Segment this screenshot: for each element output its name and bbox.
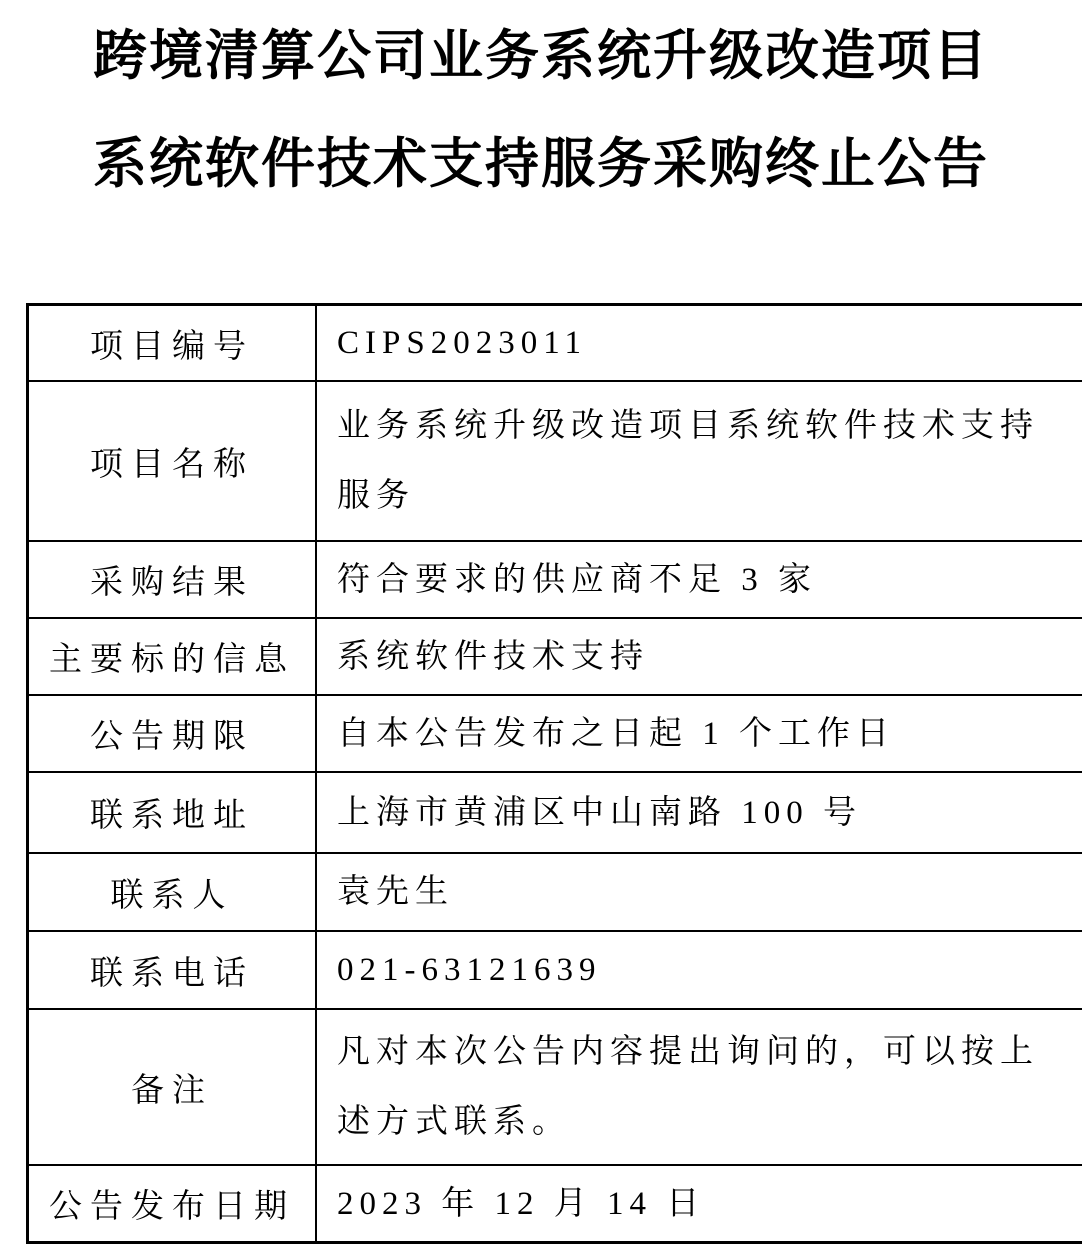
table-row: 项目编号 CIPS2023011: [28, 305, 1082, 382]
row-label: 联系地址: [28, 772, 317, 853]
table-row: 联系地址 上海市黄浦区中山南路 100 号: [28, 772, 1082, 853]
table-row: 主要标的信息 系统软件技术支持: [28, 618, 1082, 695]
row-label: 采购结果: [28, 541, 317, 618]
table-row: 备注 凡对本次公告内容提出询问的，可以按上 述方式联系。: [28, 1009, 1082, 1165]
row-label: 项目编号: [28, 305, 317, 382]
row-value-line: 述方式联系。: [337, 1087, 1080, 1157]
row-label: 项目名称: [28, 381, 317, 541]
announcement-table: 项目编号 CIPS2023011 项目名称 业务系统升级改造项目系统软件技术支持…: [26, 303, 1082, 1244]
table-row: 公告期限 自本公告发布之日起 1 个工作日: [28, 695, 1082, 772]
table-row: 采购结果 符合要求的供应商不足 3 家: [28, 541, 1082, 618]
row-value-line: 业务系统升级改造项目系统软件技术支持: [337, 391, 1080, 461]
row-value-line: 021-63121639: [337, 935, 1080, 1005]
row-value: CIPS2023011: [316, 305, 1082, 382]
document-title-line-1: 跨境清算公司业务系统升级改造项目: [0, 16, 1082, 96]
row-value: 2023 年 12 月 14 日: [316, 1165, 1082, 1243]
row-value: 袁先生: [316, 853, 1082, 931]
row-label: 主要标的信息: [28, 618, 317, 695]
row-value: 业务系统升级改造项目系统软件技术支持 服务: [316, 381, 1082, 541]
row-label: 备注: [28, 1009, 317, 1165]
row-value-line: 服务: [337, 461, 1080, 531]
row-label: 联系人: [28, 853, 317, 931]
table-row: 联系电话 021-63121639: [28, 931, 1082, 1009]
row-value-line: 凡对本次公告内容提出询问的，可以按上: [337, 1017, 1080, 1087]
row-value-line: 系统软件技术支持: [337, 622, 1080, 692]
table-row: 联系人 袁先生: [28, 853, 1082, 931]
row-value-line: 上海市黄浦区中山南路 100 号: [337, 778, 1080, 848]
row-value-line: 2023 年 12 月 14 日: [337, 1169, 1080, 1239]
document-title: 跨境清算公司业务系统升级改造项目 系统软件技术支持服务采购终止公告: [0, 0, 1082, 204]
row-label: 公告发布日期: [28, 1165, 317, 1243]
row-value: 021-63121639: [316, 931, 1082, 1009]
row-value-line: 自本公告发布之日起 1 个工作日: [337, 699, 1080, 769]
row-value-line: 袁先生: [337, 857, 1080, 927]
announcement-page: 跨境清算公司业务系统升级改造项目 系统软件技术支持服务采购终止公告 项目编号 C…: [0, 0, 1082, 1246]
row-value: 系统软件技术支持: [316, 618, 1082, 695]
row-value-line: 符合要求的供应商不足 3 家: [337, 545, 1080, 615]
row-label: 公告期限: [28, 695, 317, 772]
table-row: 公告发布日期 2023 年 12 月 14 日: [28, 1165, 1082, 1243]
row-label: 联系电话: [28, 931, 317, 1009]
row-value-line: CIPS2023011: [337, 308, 1080, 378]
row-value: 自本公告发布之日起 1 个工作日: [316, 695, 1082, 772]
row-value: 凡对本次公告内容提出询问的，可以按上 述方式联系。: [316, 1009, 1082, 1165]
document-title-line-2: 系统软件技术支持服务采购终止公告: [0, 124, 1082, 204]
row-value: 符合要求的供应商不足 3 家: [316, 541, 1082, 618]
row-value: 上海市黄浦区中山南路 100 号: [316, 772, 1082, 853]
table-row: 项目名称 业务系统升级改造项目系统软件技术支持 服务: [28, 381, 1082, 541]
